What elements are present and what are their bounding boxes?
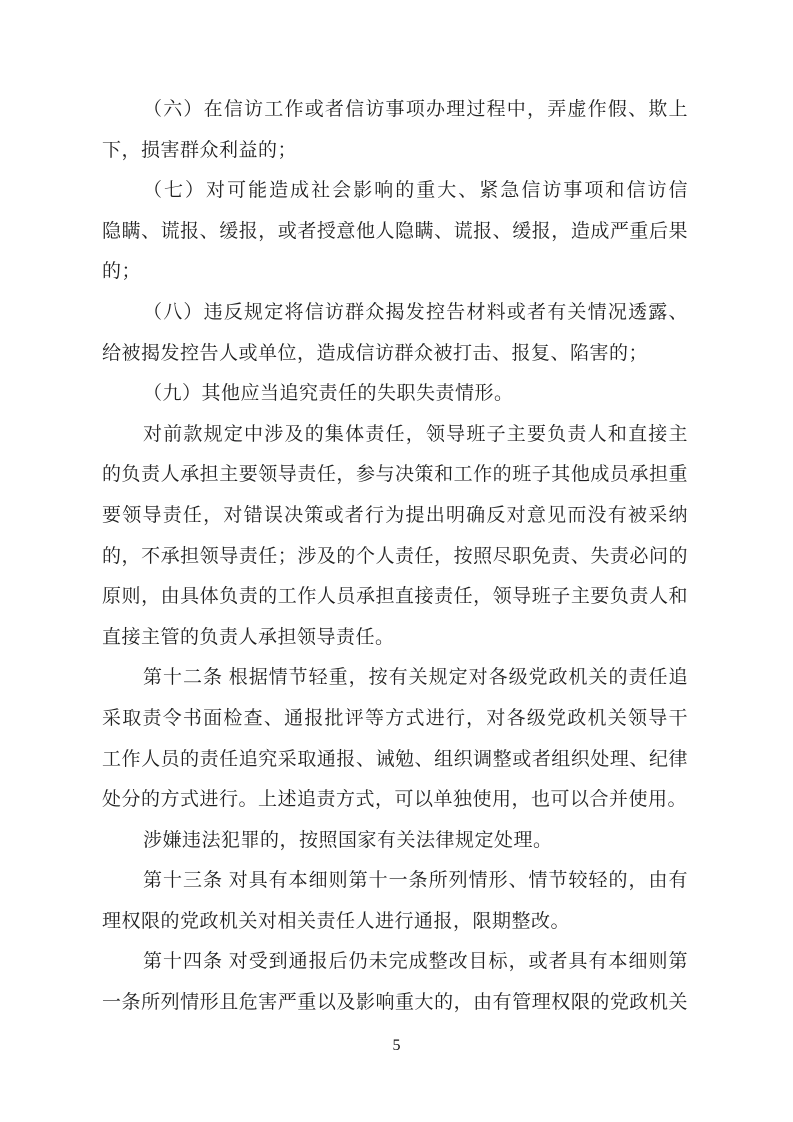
text-line: 理权限的党政机关对相关责任人进行通报，限期整改。 bbox=[102, 902, 688, 943]
text-line: （六）在信访工作或者信访事项办理过程中，弄虚作假、欺上瞒 bbox=[102, 90, 688, 131]
text-line: 原则，由具体负责的工作人员承担直接责任，领导班子主要负责人和 bbox=[102, 577, 688, 618]
text-line: 第十三条 对具有本细则第十一条所列情形、情节较轻的，由有管 bbox=[102, 861, 688, 902]
text-line: 一条所列情形且危害严重以及影响重大的，由有管理权限的党政机关 bbox=[102, 983, 688, 1024]
text-line: 的负责人承担主要领导责任，参与决策和工作的班子其他成员承担重 bbox=[102, 455, 688, 496]
text-line: 处分的方式进行。上述追责方式，可以单独使用，也可以合并使用。 bbox=[102, 780, 688, 821]
text-line: 直接主管的负责人承担领导责任。 bbox=[102, 618, 688, 659]
text-line: （八）违反规定将信访群众揭发控告材料或者有关情况透露、转 bbox=[102, 293, 688, 334]
text-line: 工作人员的责任追究采取通报、诫勉、组织调整或者组织处理、纪律 bbox=[102, 740, 688, 781]
text-line: 的； bbox=[102, 252, 688, 293]
text-line: （九）其他应当追究责任的失职失责情形。 bbox=[102, 374, 688, 415]
page-number: 5 bbox=[0, 1036, 793, 1056]
text-line: 给被揭发控告人或单位，造成信访群众被打击、报复、陷害的； bbox=[102, 334, 688, 375]
text-line: 对前款规定中涉及的集体责任，领导班子主要负责人和直接主管 bbox=[102, 415, 688, 456]
text-line: （七）对可能造成社会影响的重大、紧急信访事项和信访信息， bbox=[102, 171, 688, 212]
text-line: 要领导责任，对错误决策或者行为提出明确反对意见而没有被采纳 bbox=[102, 496, 688, 537]
text-line: 涉嫌违法犯罪的，按照国家有关法律规定处理。 bbox=[102, 821, 688, 862]
document-page: （六）在信访工作或者信访事项办理过程中，弄虚作假、欺上瞒下，损害群众利益的；（七… bbox=[0, 0, 793, 1122]
document-body: （六）在信访工作或者信访事项办理过程中，弄虚作假、欺上瞒下，损害群众利益的；（七… bbox=[102, 90, 688, 1024]
text-line: 第十四条 对受到通报后仍未完成整改目标，或者具有本细则第十 bbox=[102, 942, 688, 983]
text-line: 的，不承担领导责任；涉及的个人责任，按照尽职免责、失责必问的 bbox=[102, 537, 688, 578]
text-line: 下，损害群众利益的； bbox=[102, 131, 688, 172]
text-line: 采取责令书面检查、通报批评等方式进行，对各级党政机关领导干部、 bbox=[102, 699, 688, 740]
text-line: 隐瞒、谎报、缓报，或者授意他人隐瞒、谎报、缓报，造成严重后果 bbox=[102, 212, 688, 253]
text-line: 第十二条 根据情节轻重，按有关规定对各级党政机关的责任追究 bbox=[102, 658, 688, 699]
